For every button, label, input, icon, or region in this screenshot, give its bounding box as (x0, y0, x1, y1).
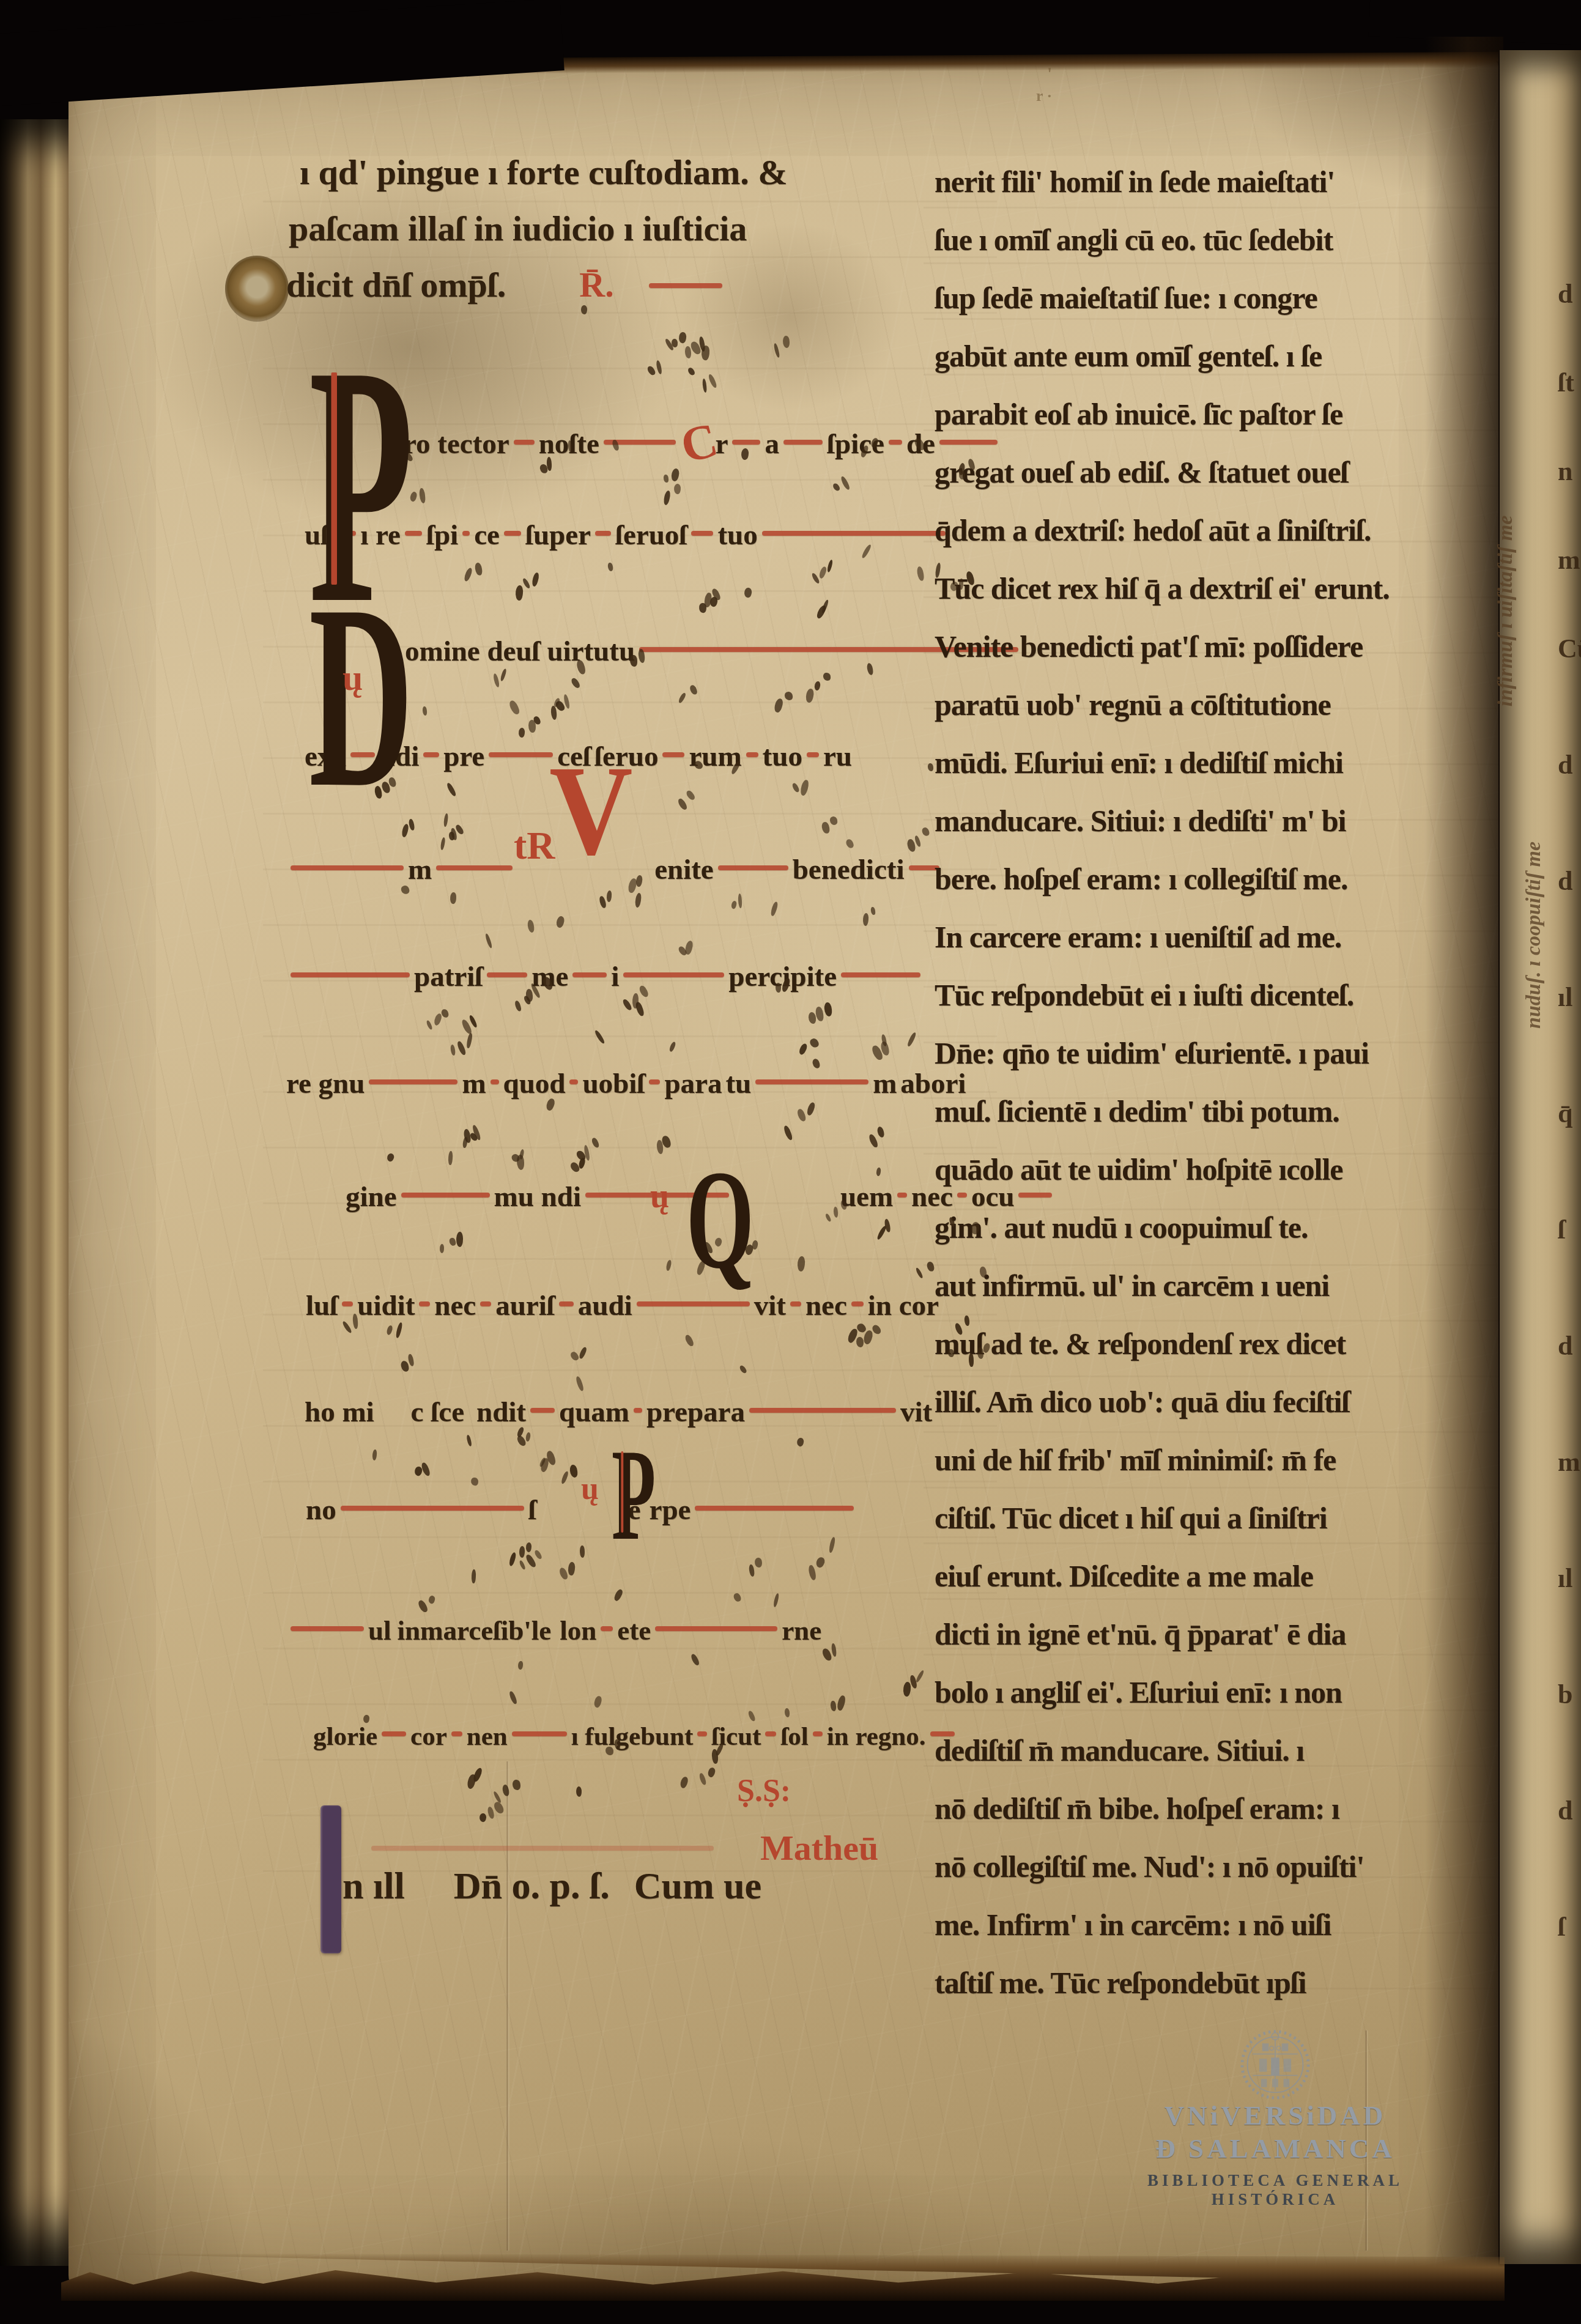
neume-mark (568, 1561, 576, 1575)
facing-page-letter-fragment: d (1558, 749, 1572, 780)
neume-mark (517, 1155, 525, 1170)
neume-mark (531, 572, 540, 587)
neume-mark (487, 1807, 495, 1819)
neume-mark (580, 1545, 585, 1558)
watermark-university-name: VNiVERSiDAD (1101, 2100, 1450, 2132)
red-extender-line (595, 531, 611, 536)
neume-mark (514, 585, 524, 601)
neume-mark (678, 331, 687, 344)
neume-mark (446, 782, 457, 797)
word: prepara (646, 1396, 745, 1429)
neume-mark (525, 1432, 531, 1441)
word: glorie (313, 1722, 377, 1753)
incipit-line: n ıllDn̄ o. p. ſ.Cum ue (342, 1864, 761, 1909)
red-extender-line (649, 283, 722, 288)
gospel-text-line: gregat oueſ ab ediſ. & ſtatuet oueſ (935, 454, 1349, 490)
neume-mark (685, 790, 695, 801)
neume-mark (664, 474, 668, 482)
word: Cum ue (634, 1864, 761, 1909)
neume-mark (916, 1267, 924, 1279)
neume-mark (514, 1000, 522, 1012)
red-extender-line (749, 1408, 896, 1413)
word: ndit (476, 1396, 526, 1429)
ink-fleck: ' (1047, 64, 1052, 84)
red-extender-line (889, 440, 902, 445)
neume-mark (517, 727, 525, 738)
initial-I-purple-bar (320, 1805, 341, 1953)
facing-page-letter-fragment: m (1558, 544, 1580, 575)
word: paſcam illaſ in iudicio ı iuſticia (289, 208, 747, 250)
neume-mark (621, 998, 632, 1012)
neume-mark (868, 1133, 879, 1149)
neume-mark (525, 1542, 532, 1553)
neume-mark (708, 374, 718, 389)
neume-mark (785, 1708, 790, 1718)
red-extender-line (491, 1079, 499, 1084)
word: ſ (528, 1493, 536, 1527)
gutter-marginalia: infirmuſ ı uiſitaſtiſ me (1494, 379, 1517, 843)
red-extender-line (480, 1301, 491, 1306)
neume-mark (916, 566, 924, 581)
red-extender-line (1018, 1193, 1052, 1197)
red-extender-line (649, 1079, 660, 1084)
gospel-text-line: muſ ad te. & reſpondenſ rex dicet (935, 1326, 1346, 1361)
word: m (462, 1067, 486, 1101)
word: omine deuſ uirtutu (405, 635, 635, 668)
facing-page-letter-fragment: ſ (1558, 1214, 1565, 1245)
neume-mark (665, 1259, 672, 1271)
neume-mark (821, 1648, 832, 1662)
red-extender-line (691, 531, 713, 536)
neume-mark (826, 560, 834, 573)
word: ul (368, 1615, 391, 1647)
word: tuo (717, 519, 757, 552)
neume-mark (450, 892, 457, 904)
word: cor (410, 1722, 447, 1753)
rubric-text: Ṣ.Ṣ: (737, 1772, 791, 1810)
neume-mark (608, 562, 613, 571)
word: no (306, 1493, 336, 1527)
red-extender-line (783, 440, 823, 445)
neume-mark (417, 1599, 429, 1614)
chant-text-line: re gnumquoduobiſparatumabori (286, 1067, 966, 1101)
red-extender-line (530, 1408, 555, 1413)
gospel-text-line: quādo aūt te uidim' hoſpitē ıcolle (935, 1152, 1342, 1187)
gospel-text-line: illiſ. Am̄ dico uob': quā diu feciſtiſ (935, 1384, 1349, 1419)
neume-mark (527, 919, 535, 933)
word: vit (754, 1289, 786, 1323)
red-extender-line (423, 752, 439, 757)
neume-mark (809, 1037, 820, 1049)
neume-mark (840, 476, 850, 491)
red-extender-line (462, 531, 470, 536)
neume-mark (509, 1690, 518, 1705)
word: n ıll (342, 1864, 405, 1909)
gospel-text-line: nerit fili' homiſ in ſede maieſtati' (935, 164, 1335, 199)
word: a (765, 427, 779, 461)
word: quod (503, 1067, 566, 1101)
neume-mark (706, 1766, 716, 1778)
neume-mark (508, 700, 520, 716)
manuscript-stage: ı qd' pingue ı forte cuſtodiam. &paſcam … (0, 0, 1581, 2324)
red-extender-line (755, 1079, 868, 1084)
neume-mark (471, 1569, 476, 1583)
red-extender-line (732, 440, 760, 445)
neume-mark (831, 1643, 837, 1657)
red-extender-line (807, 752, 819, 757)
neume-mark (580, 305, 588, 314)
neume-mark (593, 1695, 603, 1709)
neume-mark (492, 673, 500, 688)
neume-mark (685, 346, 692, 359)
neume-mark (656, 360, 662, 375)
neume-mark (407, 1353, 414, 1366)
red-extender-line (487, 972, 527, 977)
neume-mark (519, 1545, 525, 1558)
red-extender-line (436, 865, 513, 870)
red-extender-line (291, 1626, 364, 1631)
neume-mark (791, 782, 800, 793)
neume-mark (426, 1020, 433, 1031)
neume-mark (455, 824, 465, 835)
neume-mark (513, 1780, 520, 1790)
neume-mark (774, 342, 780, 358)
facing-page-letter-fragment: q̄ (1558, 1098, 1572, 1129)
chant-text-line: luſuiditnecauriſaudivitnecin cor (306, 1289, 939, 1323)
neume-mark (928, 763, 934, 772)
red-extender-line (634, 1408, 642, 1413)
gospel-text-line: nō collegiſtiſ me. Nud': ı nō opuiſti' (935, 1849, 1364, 1884)
word: i (611, 960, 619, 994)
neume-mark (845, 838, 855, 849)
gospel-text-line: Tūc reſpondebūt ei ı iuſti dicenteſ. (935, 977, 1353, 1013)
red-extender-line (601, 1626, 613, 1631)
neume-mark (475, 562, 483, 575)
red-extender-line (851, 1301, 864, 1306)
neume-mark (684, 940, 694, 955)
word: uem (840, 1180, 893, 1214)
neume-mark (456, 1040, 466, 1056)
neume-mark (856, 1337, 864, 1347)
neume-mark (470, 1477, 479, 1486)
neume-mark (439, 1244, 444, 1254)
neume-mark (663, 490, 672, 505)
neume-mark (813, 681, 821, 691)
neume-mark (902, 1681, 911, 1697)
neume-mark (576, 1786, 582, 1796)
gospel-text-line: Tūc dicet rex hiſ q̄ a dextriſ ei' erun… (935, 571, 1390, 606)
word: inmarceſib'le (398, 1615, 552, 1647)
chant-text-line: ulinmarceſib'leloneterne (286, 1615, 821, 1647)
word: ce (474, 519, 500, 552)
neume-mark (684, 1334, 695, 1347)
red-extender-line (662, 752, 684, 757)
neume-mark (485, 933, 493, 949)
chant-text-line: patriſmeipercipite (286, 960, 925, 994)
neume-mark (508, 1552, 517, 1567)
initial-red-stripe (621, 1451, 623, 1533)
red-extender-line (765, 1731, 776, 1736)
neume-mark (783, 1125, 793, 1141)
facing-page-letter-fragment: d (1558, 1795, 1572, 1826)
word: vit (900, 1396, 932, 1429)
neume-mark (832, 482, 840, 492)
word: m (873, 1067, 897, 1101)
neume-mark (517, 1660, 524, 1670)
neume-mark (555, 915, 566, 928)
gospel-text-line: me. Infirm' ı in carcēm: ı nō uiſi (935, 1907, 1331, 1942)
neume-mark (749, 1564, 755, 1576)
word: para (664, 1067, 722, 1101)
neume-mark (921, 826, 930, 837)
initial-P-small: P (612, 1443, 656, 1546)
facing-page-letter-fragment: ſt (1558, 367, 1574, 398)
neume-mark (678, 1776, 689, 1789)
heading-line: paſcam illaſ in iudicio ı iuſticia (289, 208, 747, 250)
neume-mark (451, 1044, 456, 1055)
neume-mark (400, 1360, 410, 1372)
word: uobiſ (582, 1067, 645, 1101)
red-extender-line (623, 972, 724, 977)
red-extender-line (718, 865, 788, 870)
gospel-text-line: gabūt ante eum omīſ genteſ. ı ſe (935, 338, 1322, 374)
neume-mark (465, 1033, 473, 1049)
gospel-text-line: bere. hoſpeſ eram: ı collegiſtiſ me. (935, 861, 1347, 897)
faint-extender-line (367, 1836, 718, 1867)
facing-page-letter-fragment: d (1558, 865, 1572, 897)
gospel-text-line: bolo ı angliſ ei'. Eſuriui enī: ı non (935, 1675, 1342, 1710)
neume-mark (796, 1256, 806, 1271)
neume-mark (829, 816, 838, 825)
neume-mark (698, 1773, 706, 1786)
neume-mark (599, 895, 607, 909)
red-extender-line (790, 1301, 801, 1306)
neume-mark (670, 468, 681, 482)
heading-line: ı qd' pingue ı forte cuſtodiam. & (300, 152, 788, 193)
facing-page-letter-fragment: ſ (1558, 1911, 1565, 1942)
rubric-text: R̄. (579, 264, 613, 306)
gospel-text-line: gim'. aut nudū ı coopuimuſ te. (935, 1210, 1308, 1245)
rubric-mark: ų (650, 1183, 669, 1210)
neume-mark (796, 1108, 807, 1122)
neume-mark (449, 1237, 456, 1246)
word: tu (725, 1067, 751, 1101)
word: Dn̄ o. p. ſ. (454, 1864, 610, 1909)
word: nen (467, 1722, 508, 1753)
red-extender-line (291, 972, 410, 977)
neume-mark (479, 1813, 487, 1823)
gospel-text-line: ſue ı omīſ angli cū eo. tūc ſedebit (935, 222, 1333, 257)
neume-mark (964, 1316, 969, 1327)
red-extender-line (813, 1731, 823, 1736)
red-extender-line (695, 1506, 854, 1511)
gospel-text-line: Venite benedicti pat'ſ mī: poſſidere (935, 629, 1363, 664)
neume-mark (773, 698, 785, 714)
gospel-text-line: ſup ſedē maieſtatiſ ſue: ı congre (935, 280, 1317, 316)
red-extender-line (291, 865, 404, 870)
neume-mark (635, 1001, 645, 1016)
neume-mark (591, 1137, 600, 1149)
gospel-text-line: paratū uob' regnū a cōſtitutione (935, 687, 1331, 722)
word: luſ (306, 1289, 338, 1323)
word: uidit (357, 1289, 415, 1323)
neume-mark (646, 365, 656, 377)
neume-mark (823, 673, 831, 681)
neume-mark (534, 1549, 543, 1560)
neume-mark (906, 838, 916, 853)
neume-mark (594, 1029, 605, 1044)
neume-mark (440, 1008, 449, 1018)
word: rne (782, 1615, 821, 1647)
red-extender-line (655, 1626, 777, 1631)
neume-mark (386, 1325, 394, 1336)
neume-mark (421, 1462, 431, 1477)
neume-mark (926, 1262, 935, 1273)
neume-mark (795, 1437, 805, 1447)
chant-text-line: ro tectornoſteCraſpicede (404, 409, 1002, 466)
neume-mark (449, 832, 454, 840)
neume-mark (394, 1322, 403, 1338)
red-extender-line (637, 1301, 750, 1306)
red-extender-line (746, 752, 758, 757)
neume-mark (798, 1042, 809, 1056)
facing-page-letter-fragment: b (1558, 1679, 1572, 1710)
word: in regno. (827, 1722, 926, 1753)
gospel-text-line: parabit eoſ ab inuicē. ſīc paſtor ſe (935, 396, 1342, 432)
word: gine (346, 1180, 397, 1214)
word: mu ndi (494, 1180, 581, 1214)
neume-mark (569, 1465, 578, 1478)
gospel-text-line: dediſtiſ m̄ manducare. Sitiui. ı (935, 1733, 1304, 1768)
red-extender-line (957, 1193, 967, 1197)
neume-mark (702, 379, 707, 393)
word: c ſce (411, 1396, 464, 1429)
red-extender-line (512, 1731, 567, 1736)
neume-mark (747, 1710, 755, 1722)
neume-mark (419, 488, 426, 503)
watermark-university-name-2: Ð SALAMANCA (1101, 2133, 1450, 2165)
word: ſpi (426, 519, 458, 552)
red-extender-line (897, 1193, 907, 1197)
neume-mark (969, 1353, 973, 1367)
neume-mark (612, 1588, 624, 1602)
red-extender-line (504, 531, 521, 536)
neume-mark (522, 577, 530, 589)
neume-mark (730, 900, 738, 909)
word: tuo (763, 740, 802, 774)
gospel-text-line: taſtiſ me. Tūc reſpondebūt ıpſi (935, 1965, 1306, 2000)
word: ſol (780, 1722, 808, 1753)
word: patriſ (414, 960, 483, 994)
rubric-mark-line: Ṣ.Ṣ: (737, 1772, 791, 1810)
word: ı qd' pingue ı forte cuſtodiam. & (300, 152, 788, 193)
university-seal-icon (1240, 2029, 1311, 2100)
neume-mark (815, 1006, 824, 1021)
neume-mark (668, 1041, 676, 1052)
neume-mark (550, 706, 557, 720)
neume-mark (525, 1553, 537, 1569)
neume-mark (836, 1695, 846, 1711)
ink-fleck: r · (1036, 87, 1052, 105)
neume-mark (808, 1564, 816, 1580)
rubric-mark: ų (342, 664, 363, 692)
neume-mark (428, 1594, 436, 1604)
neume-mark (677, 797, 688, 812)
neume-mark (440, 837, 446, 850)
gospel-text-line: manducare. Sitiui: ı dediſti' m' bi (935, 803, 1346, 838)
gospel-text-line: Dn̄e: qn̄o te uidim' eſurientē. ı paui (935, 1035, 1369, 1071)
gospel-text-line: In carcere eram: ı ueniſtiſ ad me. (935, 919, 1341, 955)
neume-mark (772, 1593, 780, 1608)
neume-mark (372, 1449, 378, 1460)
neume-mark (634, 892, 642, 908)
neume-mark (804, 688, 815, 703)
neume-mark (831, 1701, 836, 1711)
facing-page-letter-fragment: ıl (1558, 1563, 1572, 1594)
neume-mark (815, 1556, 826, 1569)
word: pre (443, 740, 484, 774)
library-watermark: VNiVERSiDAD Ð SALAMANCA BIBLIOTECA GENER… (1101, 2029, 1450, 2213)
neume-mark (560, 1471, 570, 1485)
neume-mark (799, 779, 810, 796)
word: ſeruoſ (615, 519, 687, 552)
neume-mark (466, 1435, 472, 1447)
neume-mark (743, 587, 753, 599)
initial-V-venite: V (549, 761, 632, 862)
neume-mark (739, 1364, 748, 1374)
neume-mark (689, 684, 698, 696)
watermark-library-name: BIBLIOTECA GENERAL HISTÓRICA (1101, 2171, 1450, 2209)
neume-mark (824, 1002, 832, 1017)
neume-mark (828, 1537, 836, 1553)
neume-mark (605, 890, 612, 902)
neume-mark (733, 1593, 741, 1602)
rubric-title-line: Matheū (760, 1827, 878, 1869)
neume-mark (558, 1567, 569, 1581)
neume-mark (569, 1350, 580, 1361)
red-extender-line (419, 1301, 430, 1306)
chant-text-line: gloriecornenı fulgebuntſicutſolin regno. (313, 1722, 959, 1753)
red-extender-line (841, 972, 920, 977)
neume-mark (519, 1560, 527, 1571)
neume-mark (630, 655, 637, 667)
gospel-text-line: nō dediſtiſ m̄ bibe. hoſpeſ eram: ı (935, 1791, 1339, 1826)
red-extender-line (697, 1731, 707, 1736)
red-extender-line (489, 752, 553, 757)
neume-mark (818, 566, 828, 579)
neume-mark (870, 906, 875, 915)
word: auriſ (495, 1289, 555, 1323)
word: in cor (868, 1289, 939, 1323)
word: nec (434, 1289, 476, 1323)
red-extender-line (451, 1731, 462, 1736)
red-extender-line (341, 1506, 524, 1511)
word: ſuper (525, 519, 591, 552)
neume-mark (605, 1747, 613, 1755)
red-extender-line (401, 1193, 490, 1197)
red-extender-line (569, 1079, 578, 1084)
red-extender-line (371, 1846, 714, 1851)
neume-mark (884, 1219, 891, 1233)
word: re gnu (286, 1067, 365, 1101)
red-extender-line (514, 440, 535, 445)
red-extender-line (559, 1301, 574, 1306)
neume-mark (862, 913, 870, 927)
red-extender-line (382, 1731, 406, 1736)
red-extender-line (342, 1301, 353, 1306)
neume-mark (825, 1213, 832, 1222)
red-extender-line (762, 531, 946, 536)
